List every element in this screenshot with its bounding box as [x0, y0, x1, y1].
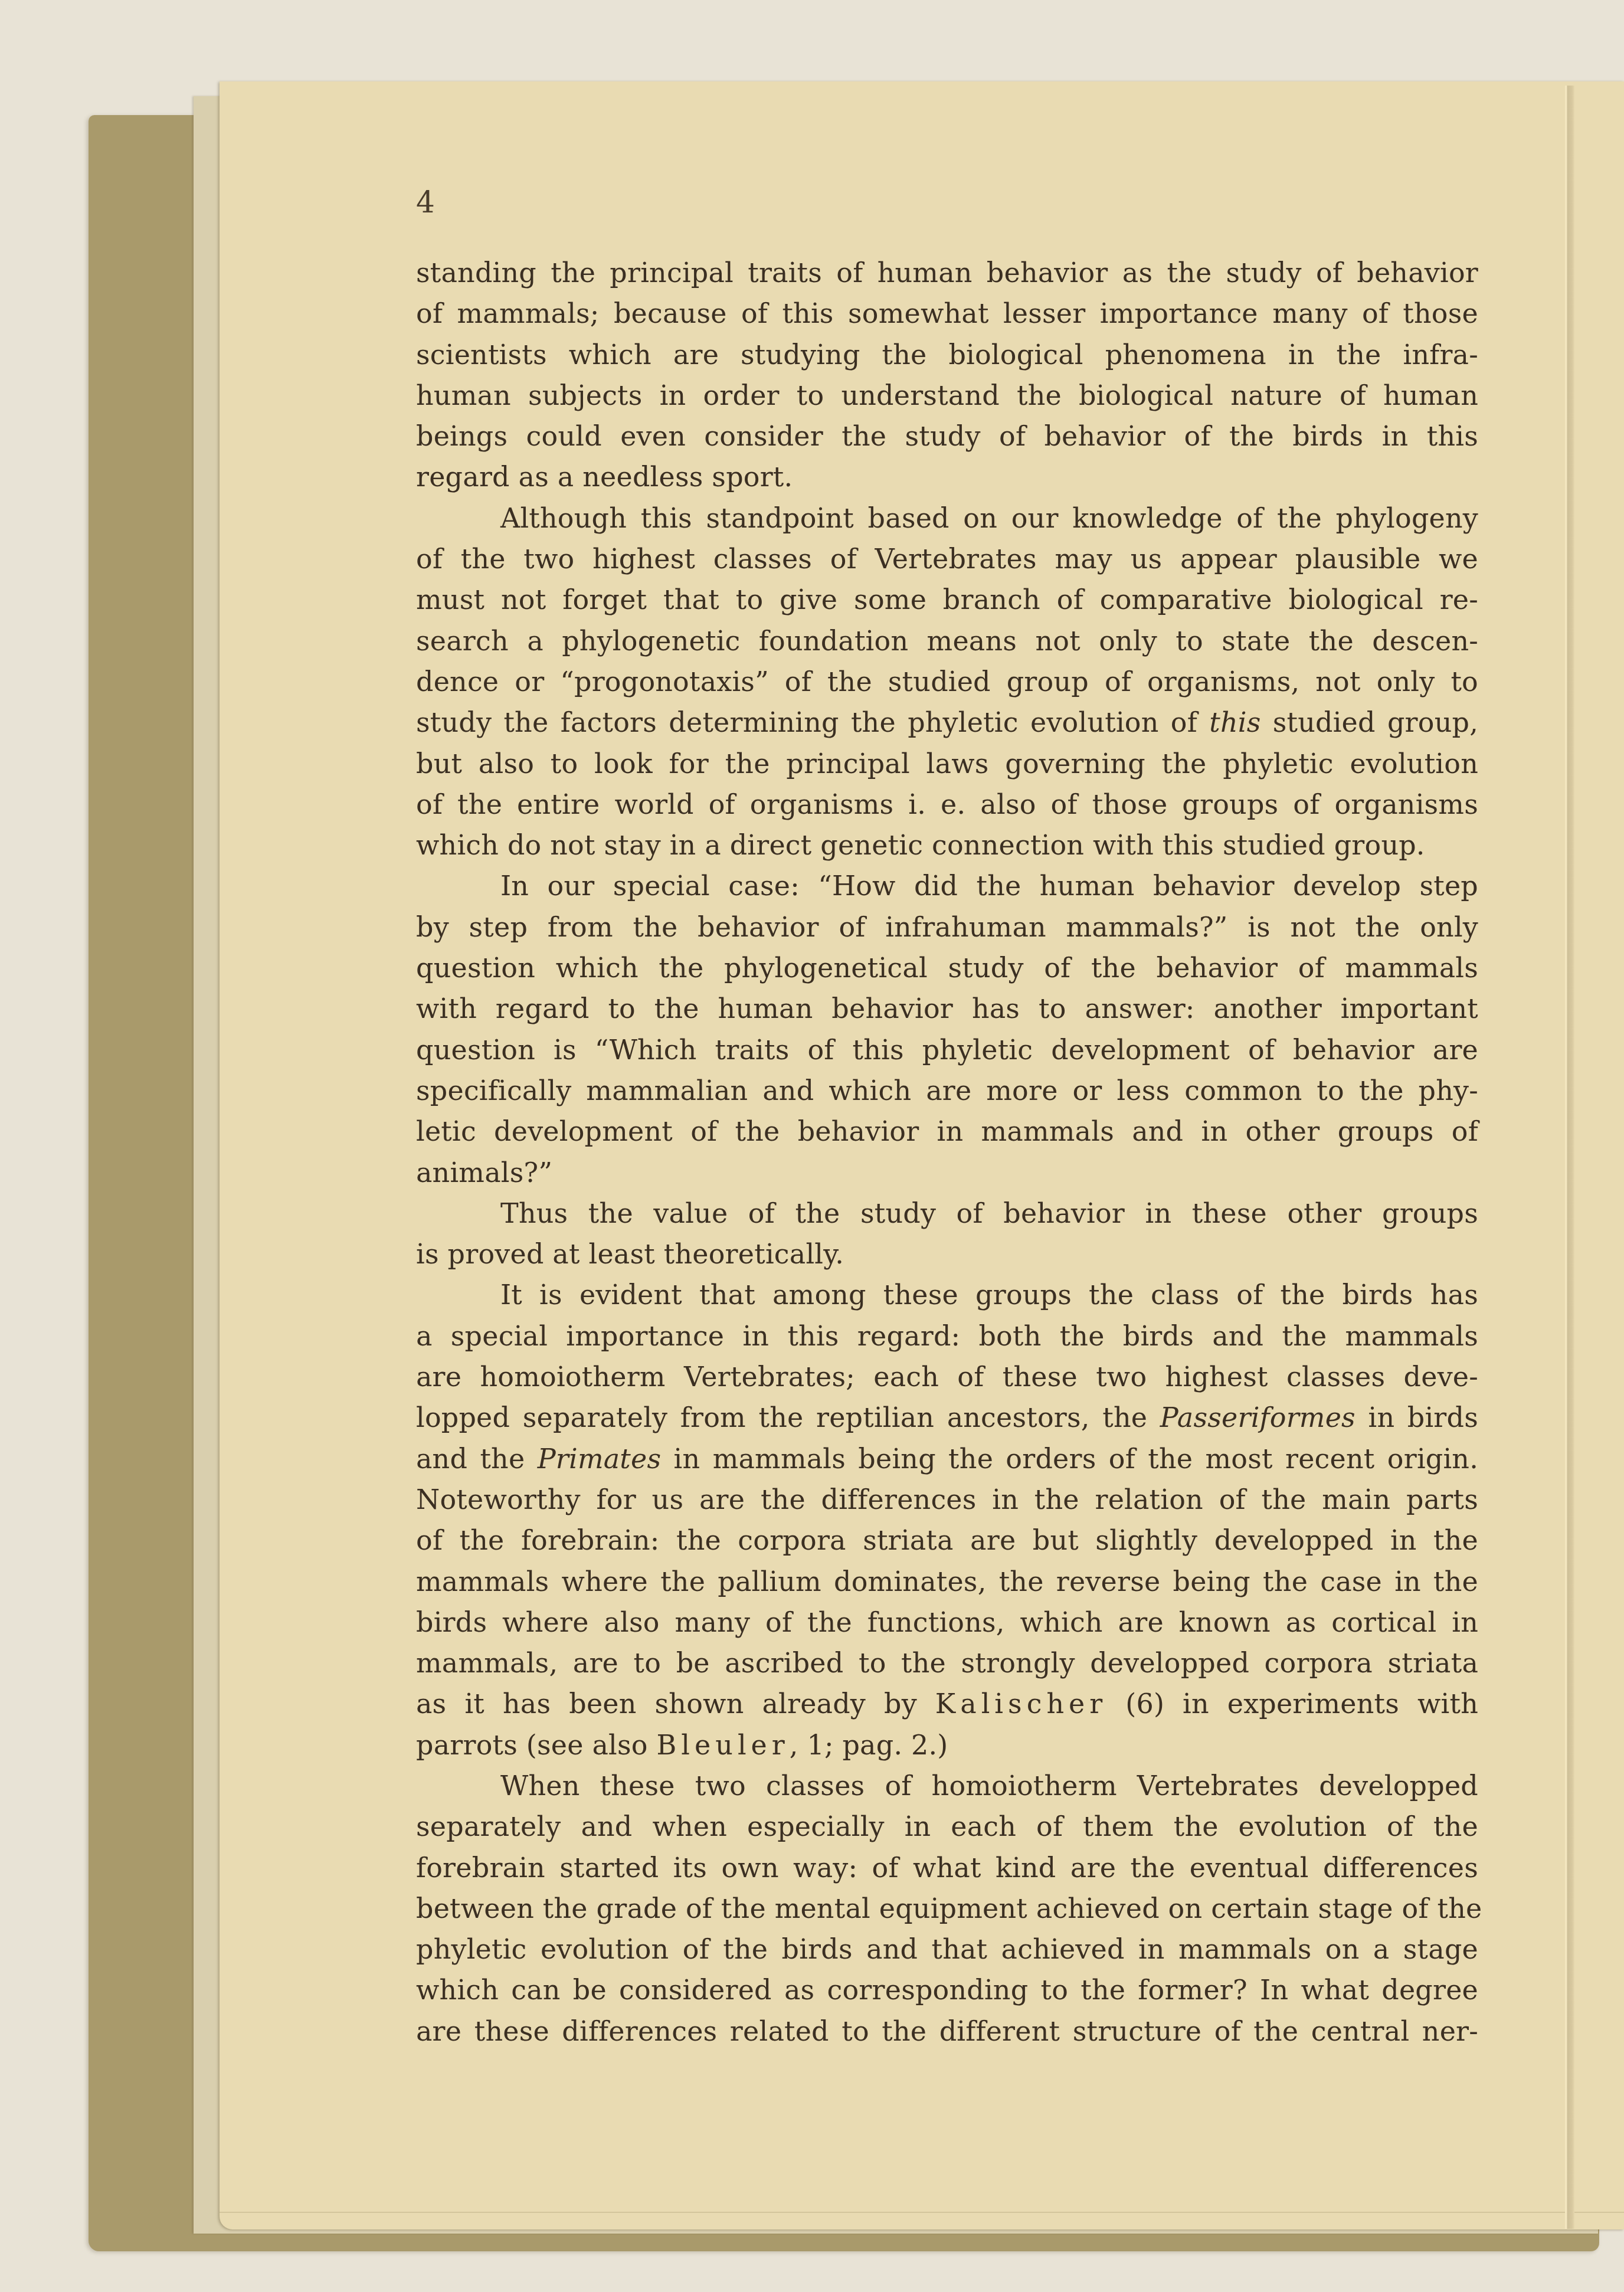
text-line: Thus the value of the study of behavior …	[416, 1193, 1478, 1234]
text-line: of the two highest classes of Vertebrate…	[416, 539, 1478, 579]
text-line: which can be considered as corresponding…	[416, 1970, 1478, 2011]
text-line: study the factors determining the phylet…	[416, 702, 1478, 743]
spaced-author-name: Kalischer	[935, 1688, 1107, 1720]
text-segment: in mammals being the orders of the most …	[661, 1443, 1478, 1475]
italic-term: this	[1209, 706, 1260, 738]
text-line: scientists which are studying the biolog…	[416, 335, 1478, 375]
text-line: search a phylogenetic foundation means n…	[416, 621, 1478, 662]
text-line: of the forebrain: the corpora striata ar…	[416, 1520, 1478, 1561]
text-line: question which the phylogenetical study …	[416, 948, 1478, 988]
text-segment: parrots (see also	[416, 1729, 657, 1761]
text-line: In our special case: “How did the human …	[416, 866, 1478, 906]
text-line: standing the principal traits of human b…	[416, 253, 1478, 293]
italic-term: Primates	[538, 1443, 662, 1475]
text-line: phyletic evolution of the birds and that…	[416, 1929, 1478, 1970]
text-line: mammals, are to be ascribed to the stron…	[416, 1643, 1478, 1684]
text-line: beings could even consider the study of …	[416, 416, 1478, 457]
text-line: specifically mammalian and which are mor…	[416, 1070, 1478, 1111]
text-line: question is “Which traits of this phylet…	[416, 1030, 1478, 1070]
text-line: regard as a needless sport.	[416, 457, 1478, 497]
text-line: but also to look for the principal laws …	[416, 744, 1478, 784]
italic-term: Passeriformes	[1160, 1402, 1355, 1433]
text-line: of mammals; because of this somewhat les…	[416, 293, 1478, 334]
text-line: are these differences related to the dif…	[416, 2011, 1478, 2052]
page-fold	[1565, 86, 1574, 2229]
text-segment: and the	[416, 1443, 538, 1475]
text-line: animals?”	[416, 1152, 1478, 1193]
text-line: Noteworthy for us are the differences in…	[416, 1479, 1478, 1520]
text-line: mammals where the pallium dominates, the…	[416, 1561, 1478, 1602]
text-segment: as it has been shown already by	[416, 1688, 935, 1720]
text-segment: , 1; pag. 2.)	[790, 1729, 948, 1761]
text-line: It is evident that among these groups th…	[416, 1275, 1478, 1315]
text-line: and the Primates in mammals being the or…	[416, 1439, 1478, 1479]
text-line: by step from the behavior of infrahuman …	[416, 907, 1478, 948]
text-line: When these two classes of homoiotherm Ve…	[416, 1766, 1478, 1806]
text-segment: studied group,	[1260, 706, 1478, 738]
text-line: must not forget that to give some branch…	[416, 579, 1478, 620]
text-line: with regard to the human behavior has to…	[416, 988, 1478, 1029]
text-line: dence or “progonotaxis” of the studied g…	[416, 662, 1478, 702]
text-line: are homoiotherm Vertebrates; each of the…	[416, 1357, 1478, 1397]
text-line: lopped separately from the reptilian anc…	[416, 1397, 1478, 1438]
text-line: as it has been shown already by Kalische…	[416, 1684, 1478, 1724]
text-segment: lopped separately from the reptilian anc…	[416, 1402, 1160, 1433]
text-line: separately and when especially in each o…	[416, 1806, 1478, 1847]
text-line: between the grade of the mental equipmen…	[416, 1888, 1478, 1929]
text-segment: study the factors determining the phylet…	[416, 706, 1209, 738]
text-line: Although this standpoint based on our kn…	[416, 498, 1478, 539]
text-line: letic development of the behavior in mam…	[416, 1111, 1478, 1152]
page-number: 4	[416, 188, 435, 217]
text-line: of the entire world of organisms i. e. a…	[416, 784, 1478, 825]
text-line: human subjects in order to understand th…	[416, 375, 1478, 416]
text-line: parrots (see also Bleuler, 1; pag. 2.)	[416, 1725, 1478, 1766]
spaced-author-name: Bleuler	[657, 1729, 790, 1761]
text-line: a special importance in this regard: bot…	[416, 1316, 1478, 1357]
text-line: is proved at least theoretically.	[416, 1234, 1478, 1275]
text-segment: (6) in experiments with	[1107, 1688, 1478, 1720]
text-line: birds where also many of the functions, …	[416, 1602, 1478, 1643]
body-text: standing the principal traits of human b…	[416, 253, 1478, 2052]
text-segment: in birds	[1355, 1402, 1478, 1433]
text-line: forebrain started its own way: of what k…	[416, 1848, 1478, 1888]
text-line: which do not stay in a direct genetic co…	[416, 825, 1478, 866]
